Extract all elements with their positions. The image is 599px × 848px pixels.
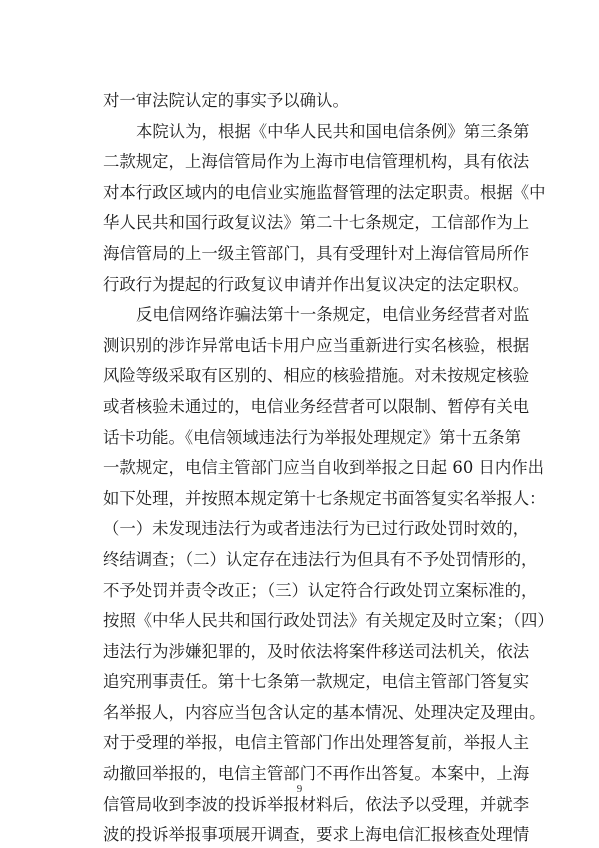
text-line: 风险等级采取有区别的、相应的核验措施。对未按规定核验 bbox=[103, 361, 515, 392]
body-text: 对一审法院认定的事实予以确认。本院认为，根据《中华人民共和国电信条例》第三条第二… bbox=[103, 86, 515, 848]
text-line: 二款规定，上海信管局作为上海市电信管理机构，具有依法 bbox=[103, 147, 515, 178]
text-line: 行政行为提起的行政复议申请并作出复议决定的法定职权。 bbox=[103, 270, 515, 301]
text-line: 违法行为涉嫌犯罪的，及时依法将案件移送司法机关，依法 bbox=[103, 637, 515, 668]
text-line: 按照《中华人民共和国行政处罚法》有关规定及时立案；（四） bbox=[103, 606, 515, 637]
text-line: 测识别的涉诈异常电话卡用户应当重新进行实名核验，根据 bbox=[103, 331, 515, 362]
text-line: 不予处罚并责令改正；（三）认定符合行政处罚立案标准的， bbox=[103, 576, 515, 607]
document-page: 对一审法院认定的事实予以确认。本院认为，根据《中华人民共和国电信条例》第三条第二… bbox=[0, 0, 599, 848]
text-line: 波的投诉举报事项展开调查，要求上海电信汇报核查处理情 bbox=[103, 820, 515, 848]
text-line: 终结调查；（二）认定存在违法行为但具有不予处罚情形的， bbox=[103, 545, 515, 576]
text-line: 反电信网络诈骗法第十一条规定，电信业务经营者对监 bbox=[103, 300, 515, 331]
text-line: 对于受理的举报，电信主管部门作出处理答复前，举报人主 bbox=[103, 728, 515, 759]
text-line: （一）未发现违法行为或者违法行为已过行政处罚时效的， bbox=[103, 514, 515, 545]
text-line: 本院认为，根据《中华人民共和国电信条例》第三条第 bbox=[103, 117, 515, 148]
text-line: 话卡功能。《电信领域违法行为举报处理规定》第十五条第 bbox=[103, 423, 515, 454]
text-line: 海信管局的上一级主管部门，具有受理针对上海信管局所作 bbox=[103, 239, 515, 270]
page-number: 9 bbox=[0, 783, 599, 795]
text-line: 追究刑事责任。第十七条第一款规定，电信主管部门答复实 bbox=[103, 667, 515, 698]
text-line: 如下处理，并按照本规定第十七条规定书面答复实名举报人： bbox=[103, 484, 515, 515]
text-line: 华人民共和国行政复议法》第二十七条规定，工信部作为上 bbox=[103, 208, 515, 239]
text-line: 名举报人，内容应当包含认定的基本情况、处理决定及理由。 bbox=[103, 698, 515, 729]
text-line: 对一审法院认定的事实予以确认。 bbox=[103, 86, 515, 117]
text-line: 对本行政区域内的电信业实施监督管理的法定职责。根据《中 bbox=[103, 178, 515, 209]
text-line: 一款规定，电信主管部门应当自收到举报之日起 60 日内作出 bbox=[103, 453, 515, 484]
text-line: 或者核验未通过的，电信业务经营者可以限制、暂停有关电 bbox=[103, 392, 515, 423]
